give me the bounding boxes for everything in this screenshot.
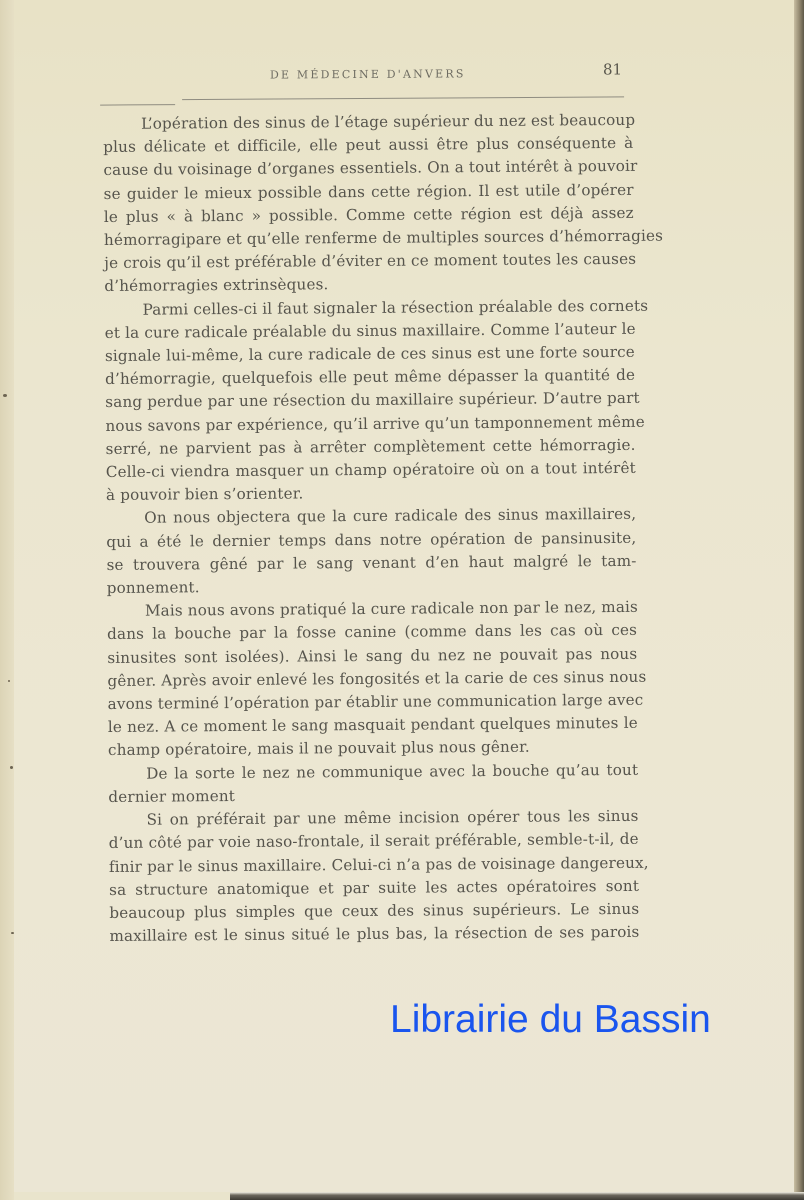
running-head-title: DE MÉDECINE D'ANVERS [270, 67, 466, 81]
text-line: je crois qu’il est préférable d’éviter e… [104, 248, 634, 275]
speck [3, 394, 7, 397]
header-rule-main [182, 96, 624, 100]
speck [11, 932, 14, 934]
header-rule-left [100, 104, 175, 105]
text-line: Celle-ci viendra masquer un champ opérat… [106, 457, 636, 484]
page-number: 81 [603, 60, 622, 78]
text-line: le nez. A ce moment le sang masquait pen… [108, 712, 638, 739]
speck [10, 766, 13, 769]
text-line: maxillaire est le sinus situé le plus ba… [109, 921, 639, 948]
body-text: L’opération des sinus de l’étage supérie… [103, 109, 640, 948]
page-bottom-shadow [230, 1192, 804, 1200]
watermark: Librairie du Bassin [390, 998, 711, 1042]
text-line: d’un côté par voie naso-frontale, il ser… [109, 828, 639, 855]
book-spine-edge [794, 0, 804, 1200]
speck [8, 680, 10, 682]
text-line: De la sorte le nez ne communique avec la… [108, 759, 638, 786]
page-left-edge [0, 0, 14, 1200]
text-line: se trouvera gêné par le sang venant d’en… [106, 550, 636, 577]
running-head: DE MÉDECINE D'ANVERS 81 [100, 54, 620, 107]
